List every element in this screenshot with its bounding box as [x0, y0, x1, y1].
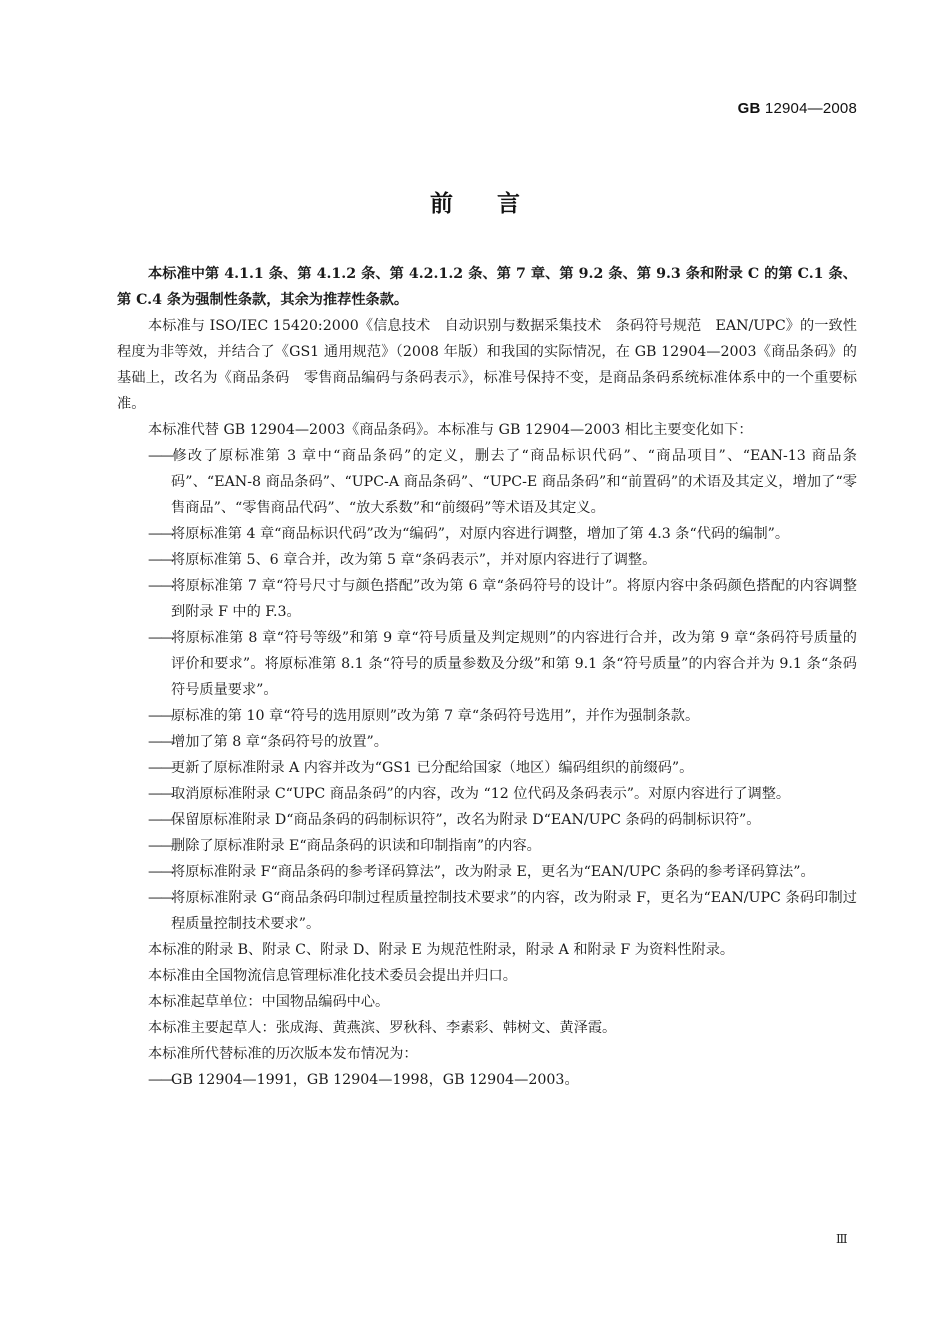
dash-marker: ——	[148, 755, 171, 781]
change-text: 将原标准第 5、6 章合并，改为第 5 章“条码表示”，并对原内容进行了调整。	[171, 552, 656, 568]
change-item: ——取消原标准附录 C“UPC 商品条码”的内容，改为 “12 位代码及条码表示…	[117, 781, 857, 807]
replaces-paragraph: 本标准代替 GB 12904—2003《商品条码》。本标准与 GB 12904—…	[117, 417, 857, 443]
change-item: ——将原标准第 8 章“符号等级”和第 9 章“符号质量及判定规则”的内容进行合…	[117, 625, 857, 703]
dash-marker: ——	[148, 573, 171, 599]
change-item: ——删除了原标准附录 E“商品条码的识读和印制指南”的内容。	[117, 833, 857, 859]
change-text: 将原标准第 8 章“符号等级”和第 9 章“符号质量及判定规则”的内容进行合并，…	[171, 630, 857, 698]
drafters-paragraph: 本标准主要起草人：张成海、黄燕滨、罗秋科、李素彩、韩树文、黄泽霞。	[117, 1015, 857, 1041]
dash-marker: ——	[148, 807, 171, 833]
change-item: ——增加了第 8 章“条码符号的放置”。	[117, 729, 857, 755]
consistency-paragraph: 本标准与 ISO/IEC 15420:2000《信息技术 自动识别与数据采集技术…	[117, 313, 857, 417]
mandatory-clauses-paragraph: 本标准中第 4.1.1 条、第 4.1.2 条、第 4.2.1.2 条、第 7 …	[117, 261, 857, 313]
change-item: ——将原标准附录 G“商品条码印制过程质量控制技术要求”的内容，改为附录 F，更…	[117, 885, 857, 937]
dash-marker: ——	[148, 729, 171, 755]
dash-marker: ——	[148, 1067, 171, 1093]
page-title: 前言	[0, 185, 950, 218]
standard-number: 12904—2008	[765, 100, 857, 117]
proposer-paragraph: 本标准由全国物流信息管理标准化技术委员会提出并归口。	[117, 963, 857, 989]
dash-marker: ——	[148, 625, 171, 651]
dash-marker: ——	[148, 443, 171, 469]
change-item: ——将原标准第 4 章“商品标识代码”改为“编码”，对原内容进行调整，增加了第 …	[117, 521, 857, 547]
standard-code: GB 12904—2008	[738, 100, 857, 117]
change-text: 将原标准第 7 章“符号尺寸与颜色搭配”改为第 6 章“条码符号的设计”。将原内…	[171, 578, 857, 620]
change-text: 原标准的第 10 章“符号的选用原则”改为第 7 章“条码符号选用”，并作为强制…	[171, 708, 699, 724]
dash-marker: ——	[148, 521, 171, 547]
change-item: ——保留原标准附录 D“商品条码的码制标识符”，改名为附录 D“EAN/UPC …	[117, 807, 857, 833]
dash-marker: ——	[148, 547, 171, 573]
history-text: GB 12904—1991，GB 12904—1998，GB 12904—200…	[171, 1072, 579, 1088]
change-item: ——将原标准附录 F“商品条码的参考译码算法”，改为附录 E，更名为“EAN/U…	[117, 859, 857, 885]
annexes-paragraph: 本标准的附录 B、附录 C、附录 D、附录 E 为规范性附录，附录 A 和附录 …	[117, 937, 857, 963]
dash-marker: ——	[148, 781, 171, 807]
change-text: 修改了原标准第 3 章中“商品条码”的定义，删去了“商品标识代码”、“商品项目”…	[171, 448, 857, 516]
dash-marker: ——	[148, 703, 171, 729]
dash-marker: ——	[148, 859, 171, 885]
history-intro-paragraph: 本标准所代替标准的历次版本发布情况为：	[117, 1041, 857, 1067]
change-text: 增加了第 8 章“条码符号的放置”。	[171, 734, 388, 750]
change-item: ——修改了原标准第 3 章中“商品条码”的定义，删去了“商品标识代码”、“商品项…	[117, 443, 857, 521]
standard-prefix: GB	[738, 100, 761, 117]
change-text: 更新了原标准附录 A 内容并改为“GS1 已分配给国家（地区）编码组织的前缀码”…	[171, 760, 693, 776]
change-text: 将原标准第 4 章“商品标识代码”改为“编码”，对原内容进行调整，增加了第 4.…	[171, 526, 789, 542]
dash-marker: ——	[148, 885, 171, 911]
change-text: 将原标准附录 G“商品条码印制过程质量控制技术要求”的内容，改为附录 F，更名为…	[171, 890, 857, 932]
change-item: ——原标准的第 10 章“符号的选用原则”改为第 7 章“条码符号选用”，并作为…	[117, 703, 857, 729]
change-text: 删除了原标准附录 E“商品条码的识读和印制指南”的内容。	[171, 838, 541, 854]
change-text: 取消原标准附录 C“UPC 商品条码”的内容，改为 “12 位代码及条码表示”。…	[171, 786, 790, 802]
dash-marker: ——	[148, 833, 171, 859]
document-page: GB 12904—2008 前言 本标准中第 4.1.1 条、第 4.1.2 条…	[0, 0, 950, 1344]
history-item: ——GB 12904—1991，GB 12904—1998，GB 12904—2…	[117, 1067, 857, 1093]
document-body: 本标准中第 4.1.1 条、第 4.1.2 条、第 4.2.1.2 条、第 7 …	[117, 261, 857, 1093]
change-item: ——将原标准第 5、6 章合并，改为第 5 章“条码表示”，并对原内容进行了调整…	[117, 547, 857, 573]
page-number: Ⅲ	[836, 1232, 848, 1246]
change-item: ——更新了原标准附录 A 内容并改为“GS1 已分配给国家（地区）编码组织的前缀…	[117, 755, 857, 781]
change-item: ——将原标准第 7 章“符号尺寸与颜色搭配”改为第 6 章“条码符号的设计”。将…	[117, 573, 857, 625]
change-text: 保留原标准附录 D“商品条码的码制标识符”，改名为附录 D“EAN/UPC 条码…	[171, 812, 760, 828]
change-text: 将原标准附录 F“商品条码的参考译码算法”，改为附录 E，更名为“EAN/UPC…	[171, 864, 815, 880]
drafting-unit-paragraph: 本标准起草单位：中国物品编码中心。	[117, 989, 857, 1015]
